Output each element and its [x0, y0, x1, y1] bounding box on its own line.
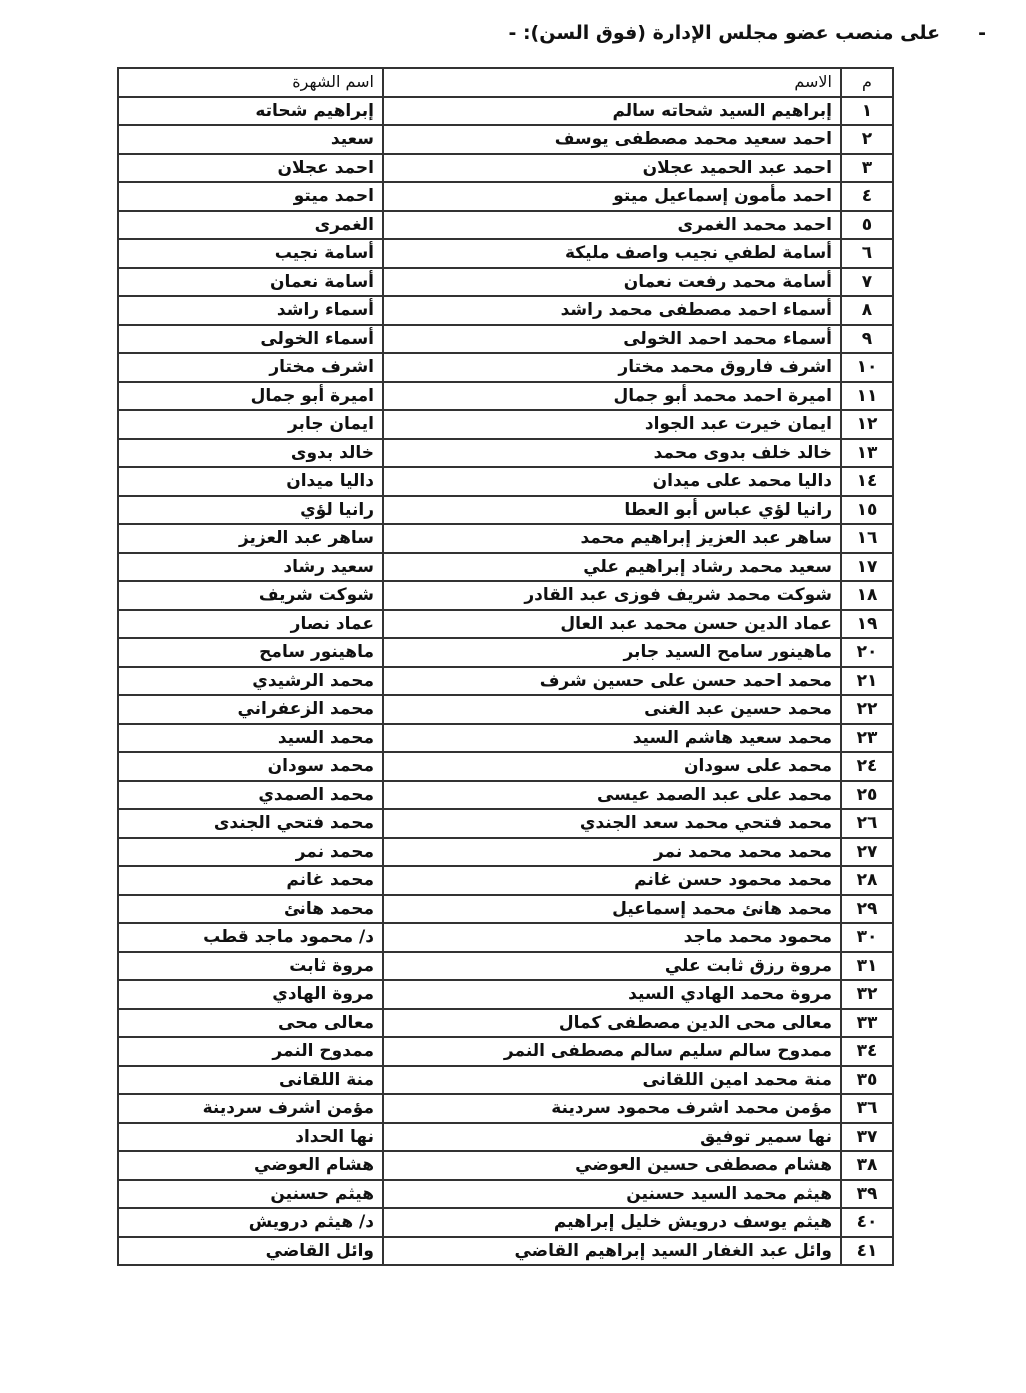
row-nickname: محمد نمر: [118, 838, 383, 867]
row-nickname: عماد نصار: [118, 610, 383, 639]
table-row: ٤١وائل عبد الغفار السيد إبراهيم القاضيوا…: [118, 1237, 893, 1266]
row-num: ٨: [841, 296, 893, 325]
row-num: ١٥: [841, 496, 893, 525]
table-row: ٢٣محمد سعيد هاشم السيدمحمد السيد: [118, 724, 893, 753]
row-nickname: نها الحداد: [118, 1123, 383, 1152]
row-num: ٢٥: [841, 781, 893, 810]
row-num: ١٤: [841, 467, 893, 496]
row-nickname: مؤمن اشرف سردينة: [118, 1094, 383, 1123]
table-row: ٩أسماء محمد احمد الخولىأسماء الخولى: [118, 325, 893, 354]
row-name: معالى محى الدين مصطفى كمال: [383, 1009, 841, 1038]
row-nickname: منة اللقانى: [118, 1066, 383, 1095]
row-num: ٣٥: [841, 1066, 893, 1095]
table-row: ١٨شوكت محمد شريف فوزى عبد القادرشوكت شري…: [118, 581, 893, 610]
row-name: داليا محمد على ميدان: [383, 467, 841, 496]
row-num: ١٧: [841, 553, 893, 582]
candidates-table: م الاسم اسم الشهرة ١إبراهيم السيد شحاته …: [117, 67, 894, 1266]
heading-text: على منصب عضو مجلس الإدارة (فوق السن): -: [508, 22, 940, 44]
row-name: محمود محمد ماجد: [383, 923, 841, 952]
row-nickname: اشرف مختار: [118, 353, 383, 382]
row-nickname: مروة الهادي: [118, 980, 383, 1009]
row-name: محمد محمود حسن غانم: [383, 866, 841, 895]
row-name: ساهر عبد العزيز إبراهيم محمد: [383, 524, 841, 553]
row-nickname: رانيا لؤي: [118, 496, 383, 525]
row-name: اشرف فاروق محمد مختار: [383, 353, 841, 382]
row-nickname: الغمرى: [118, 211, 383, 240]
row-num: ٣٧: [841, 1123, 893, 1152]
table-row: ٣احمد عبد الحميد عجلاناحمد عجلان: [118, 154, 893, 183]
row-num: ١٢: [841, 410, 893, 439]
row-nickname: داليا ميدان: [118, 467, 383, 496]
table-row: ١٣خالد خلف بدوى محمدخالد بدوى: [118, 439, 893, 468]
row-num: ٢٣: [841, 724, 893, 753]
row-nickname: محمد الزعفراني: [118, 695, 383, 724]
row-nickname: محمد الصمدي: [118, 781, 383, 810]
row-nickname: احمد عجلان: [118, 154, 383, 183]
table-row: ١٢ايمان خيرت عبد الجوادايمان جابر: [118, 410, 893, 439]
row-name: محمد احمد حسن على حسين شرف: [383, 667, 841, 696]
row-num: ٧: [841, 268, 893, 297]
table-row: ٧أسامة محمد رفعت نعمانأسامة نعمان: [118, 268, 893, 297]
table-row: ١٤داليا محمد على ميدانداليا ميدان: [118, 467, 893, 496]
row-name: مروة محمد الهادي السيد: [383, 980, 841, 1009]
row-num: ٣٩: [841, 1180, 893, 1209]
row-name: أسامة محمد رفعت نعمان: [383, 268, 841, 297]
row-name: إبراهيم السيد شحاته سالم: [383, 97, 841, 126]
row-name: هيثم يوسف درويش خليل إبراهيم: [383, 1208, 841, 1237]
row-num: ٤٠: [841, 1208, 893, 1237]
row-nickname: أسماء الخولى: [118, 325, 383, 354]
table-row: ١٦ساهر عبد العزيز إبراهيم محمدساهر عبد ا…: [118, 524, 893, 553]
row-num: ٢٢: [841, 695, 893, 724]
table-row: ٢٧محمد محمد محمد نمرمحمد نمر: [118, 838, 893, 867]
table-row: ٦أسامة لطفي نجيب واصف مليكةأسامة نجيب: [118, 239, 893, 268]
row-name: محمد سعيد هاشم السيد: [383, 724, 841, 753]
row-num: ٢٨: [841, 866, 893, 895]
row-num: ٤١: [841, 1237, 893, 1266]
row-nickname: مروة ثابت: [118, 952, 383, 981]
row-nickname: ساهر عبد العزيز: [118, 524, 383, 553]
row-nickname: سعيد رشاد: [118, 553, 383, 582]
row-name: محمد على عبد الصمد عيسى: [383, 781, 841, 810]
row-name: احمد مأمون إسماعيل ميتو: [383, 182, 841, 211]
row-name: محمد على سودان: [383, 752, 841, 781]
table-row: ١٧سعيد محمد رشاد إبراهيم عليسعيد رشاد: [118, 553, 893, 582]
row-name: محمد هانئ محمد إسماعيل: [383, 895, 841, 924]
row-name: احمد محمد الغمرى: [383, 211, 841, 240]
table-row: ٢٦محمد فتحي محمد سعد الجنديمحمد فتحي الج…: [118, 809, 893, 838]
row-name: أسامة لطفي نجيب واصف مليكة: [383, 239, 841, 268]
row-nickname: محمد الرشيدي: [118, 667, 383, 696]
row-num: ٣٦: [841, 1094, 893, 1123]
row-nickname: ممدوح النمر: [118, 1037, 383, 1066]
row-name: هيثم محمد السيد حسنين: [383, 1180, 841, 1209]
row-num: ٣٠: [841, 923, 893, 952]
row-name: ممدوح سالم سليم سالم مصطفى النمر: [383, 1037, 841, 1066]
row-name: مروة رزق ثابت علي: [383, 952, 841, 981]
row-num: ١: [841, 97, 893, 126]
table-header-row: م الاسم اسم الشهرة: [118, 68, 893, 97]
row-num: ٤: [841, 182, 893, 211]
row-num: ١٣: [841, 439, 893, 468]
table-row: ٢٨محمد محمود حسن غانممحمد غانم: [118, 866, 893, 895]
table-row: ٣٣معالى محى الدين مصطفى كمالمعالى محى: [118, 1009, 893, 1038]
table-row: ٣٢مروة محمد الهادي السيدمروة الهادي: [118, 980, 893, 1009]
row-name: خالد خلف بدوى محمد: [383, 439, 841, 468]
row-num: ٢٠: [841, 638, 893, 667]
row-num: ٣٨: [841, 1151, 893, 1180]
row-num: ٩: [841, 325, 893, 354]
row-num: ٣١: [841, 952, 893, 981]
row-name: احمد سعيد محمد مصطفى يوسف: [383, 125, 841, 154]
table-row: ٤٠هيثم يوسف درويش خليل إبراهيمد/ هيثم در…: [118, 1208, 893, 1237]
row-name: عماد الدين حسن محمد عبد العال: [383, 610, 841, 639]
row-num: ١٩: [841, 610, 893, 639]
row-name: أسماء محمد احمد الخولى: [383, 325, 841, 354]
table-row: ٥احمد محمد الغمرىالغمرى: [118, 211, 893, 240]
table-row: ٣٦مؤمن محمد اشرف محمود سردينةمؤمن اشرف س…: [118, 1094, 893, 1123]
row-name: هشام مصطفى حسين العوضي: [383, 1151, 841, 1180]
row-num: ٣٤: [841, 1037, 893, 1066]
row-nickname: سعيد: [118, 125, 383, 154]
row-nickname: احمد ميتو: [118, 182, 383, 211]
row-num: ٢٧: [841, 838, 893, 867]
row-nickname: د/ هيثم درويش: [118, 1208, 383, 1237]
row-name: محمد فتحي محمد سعد الجندي: [383, 809, 841, 838]
table-row: ٢٤محمد على سودانمحمد سودان: [118, 752, 893, 781]
row-num: ١٠: [841, 353, 893, 382]
table-row: ١١اميرة احمد محمد أبو جمالاميرة أبو جمال: [118, 382, 893, 411]
table-row: ١٠اشرف فاروق محمد مختاراشرف مختار: [118, 353, 893, 382]
row-nickname: هيثم حسنين: [118, 1180, 383, 1209]
row-nickname: شوكت شريف: [118, 581, 383, 610]
table-row: ٢احمد سعيد محمد مصطفى يوسفسعيد: [118, 125, 893, 154]
table-row: ١٩عماد الدين حسن محمد عبد العالعماد نصار: [118, 610, 893, 639]
row-name: شوكت محمد شريف فوزى عبد القادر: [383, 581, 841, 610]
row-nickname: اميرة أبو جمال: [118, 382, 383, 411]
row-num: ٢٦: [841, 809, 893, 838]
row-nickname: محمد سودان: [118, 752, 383, 781]
row-num: ٣٣: [841, 1009, 893, 1038]
row-name: أسماء احمد مصطفى محمد راشد: [383, 296, 841, 325]
row-name: محمد محمد محمد نمر: [383, 838, 841, 867]
row-num: ١١: [841, 382, 893, 411]
table-row: ٣٠محمود محمد ماجدد/ محمود ماجد قطب: [118, 923, 893, 952]
row-nickname: معالى محى: [118, 1009, 383, 1038]
row-num: ٢٤: [841, 752, 893, 781]
header-name: الاسم: [383, 68, 841, 97]
table-row: ٢٢محمد حسين عبد الغنىمحمد الزعفراني: [118, 695, 893, 724]
table-row: ١٥رانيا لؤي عباس أبو العطارانيا لؤي: [118, 496, 893, 525]
row-nickname: إبراهيم شحاته: [118, 97, 383, 126]
row-nickname: محمد هانئ: [118, 895, 383, 924]
row-num: ٥: [841, 211, 893, 240]
row-num: ٢: [841, 125, 893, 154]
row-nickname: خالد بدوى: [118, 439, 383, 468]
row-num: ٣٢: [841, 980, 893, 1009]
row-name: منة محمد امين اللقانى: [383, 1066, 841, 1095]
table-row: ٢٥محمد على عبد الصمد عيسىمحمد الصمدي: [118, 781, 893, 810]
row-nickname: محمد السيد: [118, 724, 383, 753]
table-row: ٣١مروة رزق ثابت عليمروة ثابت: [118, 952, 893, 981]
row-num: ١٨: [841, 581, 893, 610]
table-row: ٣٤ممدوح سالم سليم سالم مصطفى النمرممدوح …: [118, 1037, 893, 1066]
row-nickname: أسماء راشد: [118, 296, 383, 325]
table-row: ٣٨هشام مصطفى حسين العوضيهشام العوضي: [118, 1151, 893, 1180]
row-nickname: محمد فتحي الجندى: [118, 809, 383, 838]
row-num: ٢١: [841, 667, 893, 696]
row-name: محمد حسين عبد الغنى: [383, 695, 841, 724]
row-name: ايمان خيرت عبد الجواد: [383, 410, 841, 439]
header-num: م: [841, 68, 893, 97]
row-name: ماهينور سامح السيد جابر: [383, 638, 841, 667]
list-dash: -: [978, 22, 986, 44]
row-num: ٦: [841, 239, 893, 268]
table-row: ٤احمد مأمون إسماعيل ميتواحمد ميتو: [118, 182, 893, 211]
section-heading: -على منصب عضو مجلس الإدارة (فوق السن): -: [508, 22, 986, 44]
row-nickname: وائل القاضي: [118, 1237, 383, 1266]
row-name: مؤمن محمد اشرف محمود سردينة: [383, 1094, 841, 1123]
row-name: نها سمير توفيق: [383, 1123, 841, 1152]
row-name: وائل عبد الغفار السيد إبراهيم القاضي: [383, 1237, 841, 1266]
table-row: ٣٧نها سمير توفيقنها الحداد: [118, 1123, 893, 1152]
row-nickname: أسامة نعمان: [118, 268, 383, 297]
table-row: ٢٩محمد هانئ محمد إسماعيلمحمد هانئ: [118, 895, 893, 924]
row-name: رانيا لؤي عباس أبو العطا: [383, 496, 841, 525]
row-nickname: هشام العوضي: [118, 1151, 383, 1180]
table-row: ٣٥منة محمد امين اللقانىمنة اللقانى: [118, 1066, 893, 1095]
table-row: ٢٠ماهينور سامح السيد جابرماهينور سامح: [118, 638, 893, 667]
table-row: ٢١محمد احمد حسن على حسين شرفمحمد الرشيدي: [118, 667, 893, 696]
row-nickname: ايمان جابر: [118, 410, 383, 439]
row-name: احمد عبد الحميد عجلان: [383, 154, 841, 183]
row-nickname: أسامة نجيب: [118, 239, 383, 268]
header-nickname: اسم الشهرة: [118, 68, 383, 97]
row-num: ٣: [841, 154, 893, 183]
table-row: ٣٩هيثم محمد السيد حسنينهيثم حسنين: [118, 1180, 893, 1209]
row-num: ٢٩: [841, 895, 893, 924]
row-nickname: د/ محمود ماجد قطب: [118, 923, 383, 952]
row-name: سعيد محمد رشاد إبراهيم علي: [383, 553, 841, 582]
table-row: ١إبراهيم السيد شحاته سالمإبراهيم شحاته: [118, 97, 893, 126]
table-row: ٨أسماء احمد مصطفى محمد راشدأسماء راشد: [118, 296, 893, 325]
row-nickname: محمد غانم: [118, 866, 383, 895]
row-num: ١٦: [841, 524, 893, 553]
row-name: اميرة احمد محمد أبو جمال: [383, 382, 841, 411]
row-nickname: ماهينور سامح: [118, 638, 383, 667]
